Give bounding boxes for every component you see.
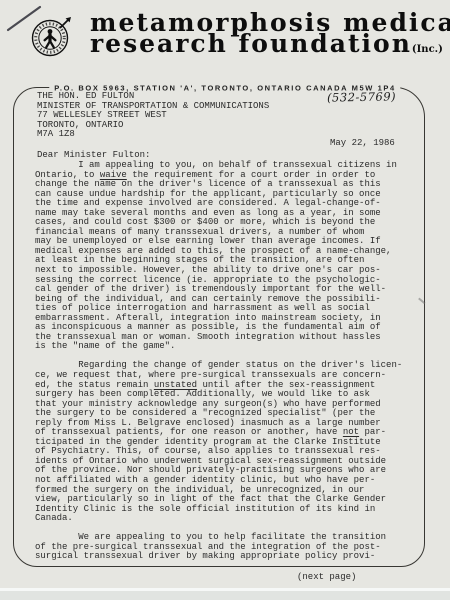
next-page-note: (next page) [297, 572, 356, 582]
recipient-address: THE HON. ED FULTON MINISTER OF TRANSPORT… [37, 92, 269, 140]
org-wordmark: metamorphosis medical research foundatio… [90, 12, 440, 60]
scanned-letter-page: metamorphosis medical research foundatio… [0, 0, 450, 600]
salutation: Dear Minister Fulton: [37, 150, 150, 160]
person-icon [45, 29, 56, 47]
arrow-icon [60, 17, 71, 28]
org-name-line2: research foundation [90, 29, 412, 58]
foundation-logo [26, 10, 76, 62]
bottom-scan-edge [0, 588, 450, 600]
letter-date: May 22, 1986 [330, 138, 395, 148]
phone-annotation: (532-5769) [327, 89, 396, 104]
org-name-suffix: (Inc.) [412, 44, 443, 55]
letter-body: I am appealing to you, on behalf of tran… [35, 161, 415, 562]
